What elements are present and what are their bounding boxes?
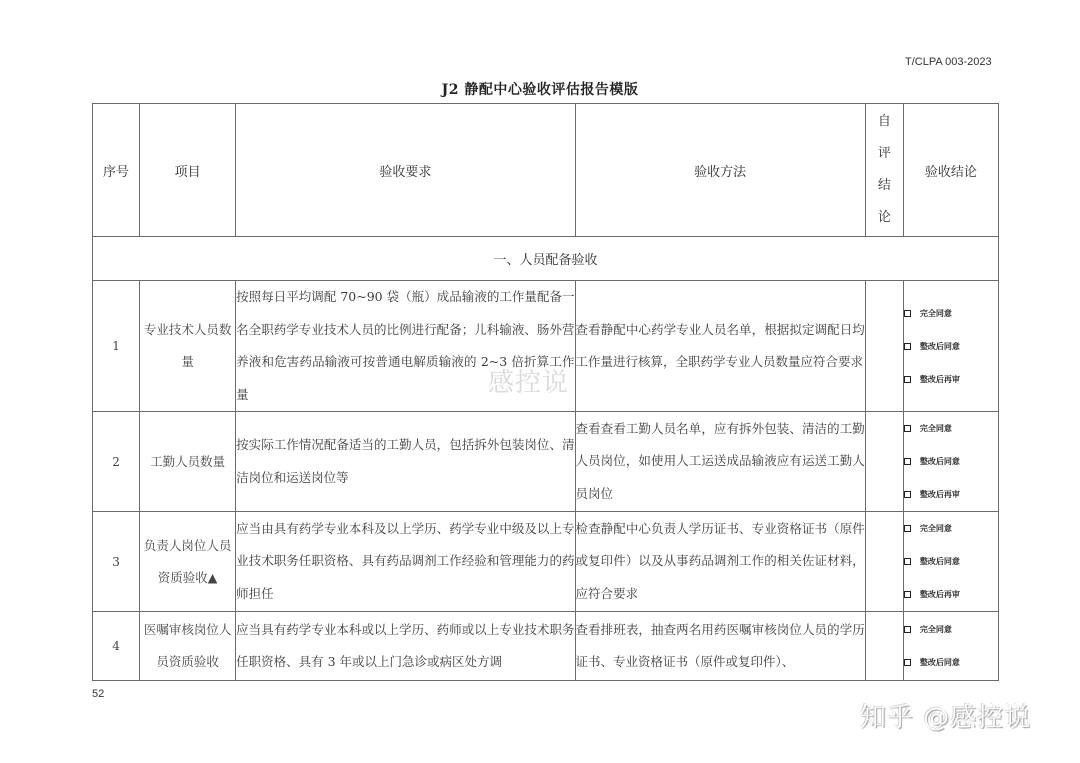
option-label: 完全同意 [920,423,952,434]
acceptance-report-table: 序号 项目 验收要求 验收方法 自 评 结 论 验收结论 一、人员配备验收 1 … [92,103,999,681]
option-fully-agree[interactable]: 完全同意 [904,412,998,445]
table-header-row: 序号 项目 验收要求 验收方法 自 评 结 论 验收结论 [93,104,999,237]
checkbox-icon[interactable] [904,376,911,383]
checkbox-icon[interactable] [904,425,911,432]
watermark-corner: 知乎 @感控说 [860,697,1031,734]
option-review-after-rectification[interactable]: 整改后再审 [904,578,998,611]
option-label: 整改后同意 [920,657,960,668]
table-row: 3 负责人岗位人员资质验收▲ 应当由具有药学专业本科及以上学历、药学专业中级及以… [93,512,999,612]
option-label: 完全同意 [920,523,952,534]
row-requirement: 按实际工作情况配备适当的工勤人员，包括拆外包装岗位、清洁岗位和运送岗位等 [236,412,575,512]
option-agree-after-rectification[interactable]: 整改后同意 [904,330,998,363]
checkbox-icon[interactable] [904,525,911,532]
option-label: 整改后同意 [920,556,960,567]
column-header-method: 验收方法 [575,104,865,237]
row-item: 工勤人员数量 [140,412,236,512]
option-label: 完全同意 [920,624,952,635]
option-fully-agree[interactable]: 完全同意 [904,297,998,330]
page-number: 52 [92,688,104,700]
row-method: 查看静配中心药学专业人员名单，根据拟定调配日均工作量进行核算，全职药学专业人员数… [575,281,865,412]
checkbox-icon[interactable] [904,659,911,666]
row-method: 检查静配中心负责人学历证书、专业资格证书（原件或复印件）以及从事药品调剂工作的相… [575,512,865,612]
checkbox-icon[interactable] [904,626,911,633]
row-self-eval[interactable] [865,281,903,412]
self-eval-char: 自 [866,106,903,138]
row-item: 专业技术人员数量 [140,281,236,412]
self-eval-char: 评 [866,138,903,170]
column-header-self-eval: 自 评 结 论 [865,104,903,237]
column-header-requirement: 验收要求 [236,104,575,237]
row-requirement: 按照每日平均调配 70~90 袋（瓶）成品输液的工作量配备一名全职药学专业技术人… [236,281,575,412]
row-conclusion: 完全同意 整改后同意 [903,612,998,681]
row-requirement: 应当具有药学专业本科或以上学历、药师或以上专业技术职务任职资格、具有 3 年或以… [236,612,575,681]
checkbox-icon[interactable] [904,458,911,465]
row-number: 2 [93,412,140,512]
option-label: 整改后同意 [920,456,960,467]
option-fully-agree[interactable]: 完全同意 [904,512,998,545]
option-agree-after-rectification[interactable]: 整改后同意 [904,646,998,679]
checkbox-icon[interactable] [904,310,911,317]
row-number: 4 [93,612,140,681]
section-title: 一、人员配备验收 [93,237,999,281]
option-label: 整改后再审 [920,374,960,385]
option-label: 整改后再审 [920,489,960,500]
self-eval-char: 结 [866,170,903,202]
table-row: 1 专业技术人员数量 按照每日平均调配 70~90 袋（瓶）成品输液的工作量配备… [93,281,999,412]
checkbox-icon[interactable] [904,343,911,350]
column-header-item: 项目 [140,104,236,237]
section-row: 一、人员配备验收 [93,237,999,281]
self-eval-char: 论 [866,202,903,234]
option-agree-after-rectification[interactable]: 整改后同意 [904,545,998,578]
option-review-after-rectification[interactable]: 整改后再审 [904,363,998,396]
row-self-eval[interactable] [865,512,903,612]
row-requirement: 应当由具有药学专业本科及以上学历、药学专业中级及以上专业技术职务任职资格、具有药… [236,512,575,612]
option-label: 整改后同意 [920,341,960,352]
option-fully-agree[interactable]: 完全同意 [904,613,998,646]
row-self-eval[interactable] [865,612,903,681]
table-row: 2 工勤人员数量 按实际工作情况配备适当的工勤人员，包括拆外包装岗位、清洁岗位和… [93,412,999,512]
column-header-no: 序号 [93,104,140,237]
row-item: 负责人岗位人员资质验收▲ [140,512,236,612]
row-number: 3 [93,512,140,612]
checkbox-icon[interactable] [904,558,911,565]
option-review-after-rectification[interactable]: 整改后再审 [904,478,998,511]
column-header-conclusion: 验收结论 [903,104,998,237]
option-label: 完全同意 [920,308,952,319]
checkbox-icon[interactable] [904,491,911,498]
row-self-eval[interactable] [865,412,903,512]
option-label: 整改后再审 [920,589,960,600]
row-conclusion: 完全同意 整改后同意 整改后再审 [903,412,998,512]
table-row: 4 医嘱审核岗位人员资质验收 应当具有药学专业本科或以上学历、药师或以上专业技术… [93,612,999,681]
document-code: T/CLPA 003-2023 [905,56,992,68]
row-method: 查看排班表，抽查两名用药医嘱审核岗位人员的学历证书、专业资格证书（原件或复印件）… [575,612,865,681]
row-item: 医嘱审核岗位人员资质验收 [140,612,236,681]
row-conclusion: 完全同意 整改后同意 整改后再审 [903,281,998,412]
row-conclusion: 完全同意 整改后同意 整改后再审 [903,512,998,612]
document-title: J2 静配中心验收评估报告模版 [0,79,1080,99]
row-method: 查看查看工勤人员名单，应有拆外包装、清洁的工勤人员岗位，如使用人工运送成品输液应… [575,412,865,512]
option-agree-after-rectification[interactable]: 整改后同意 [904,445,998,478]
checkbox-icon[interactable] [904,591,911,598]
row-number: 1 [93,281,140,412]
